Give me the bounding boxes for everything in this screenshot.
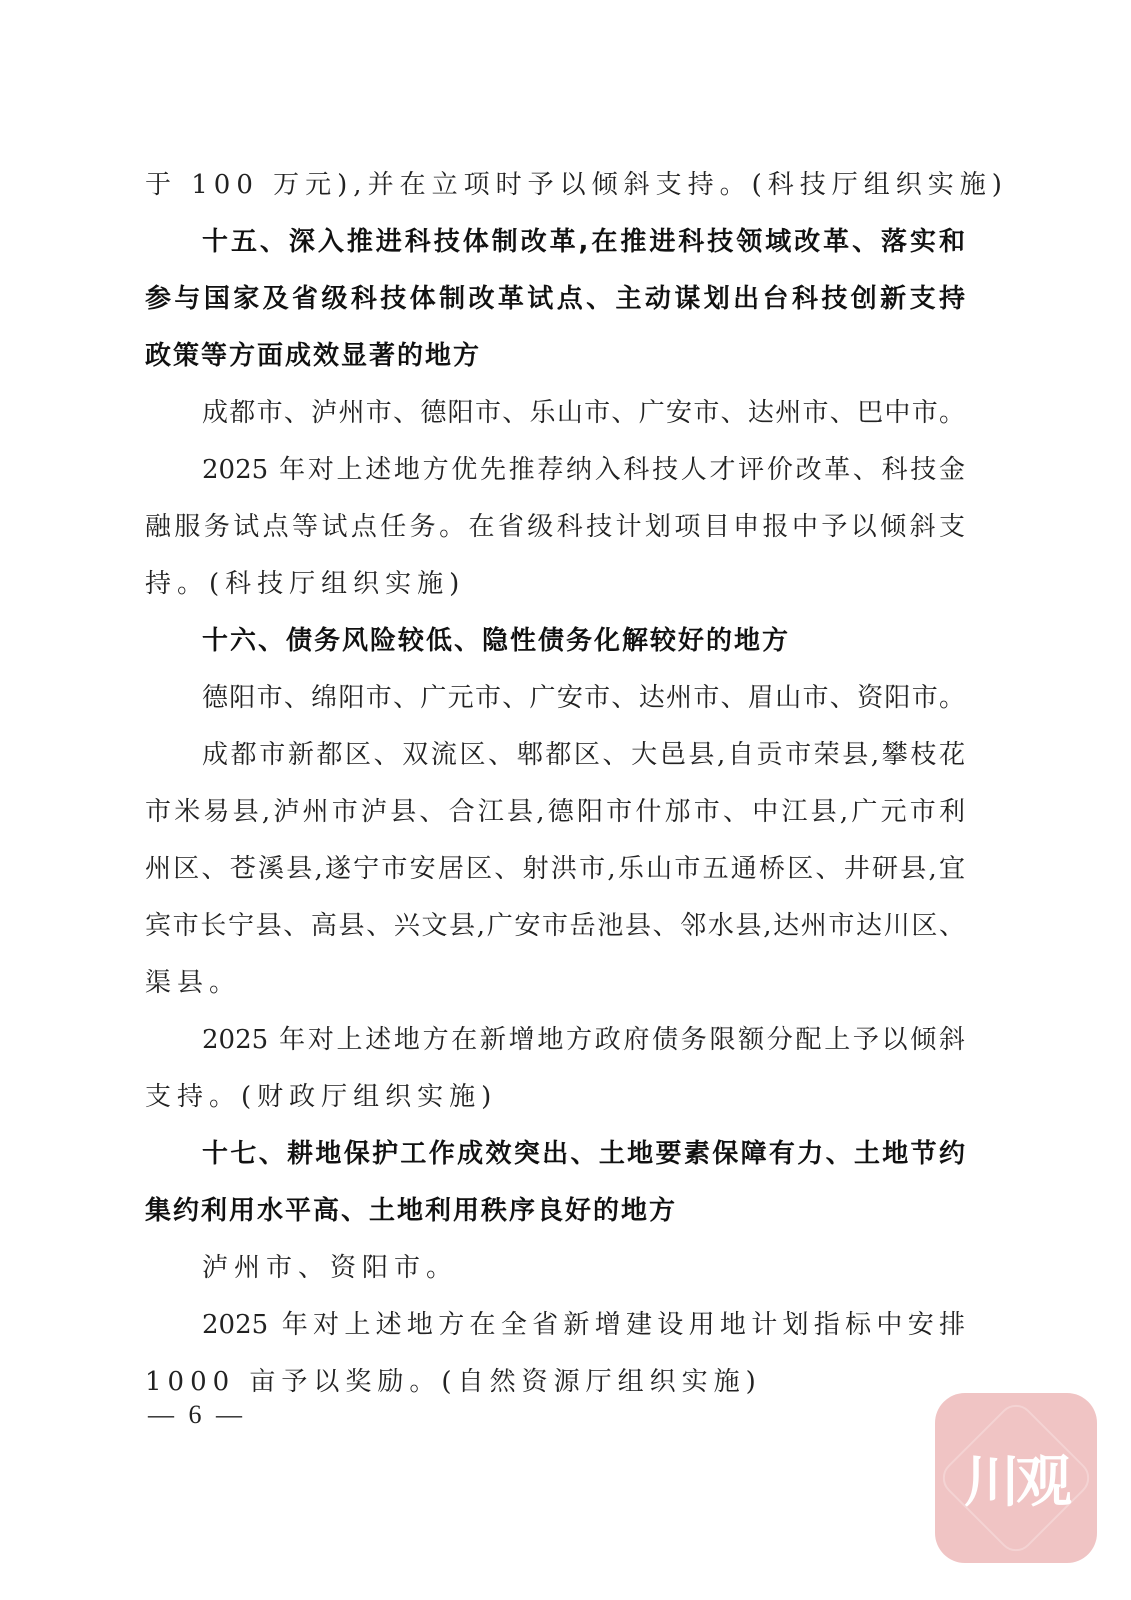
section-15-body-line-1: 2025 年对上述地方优先推荐纳入科技人才评价改革、科技金 — [202, 450, 965, 490]
section-15-cities: 成都市、泸州市、德阳市、乐山市、广安市、达州市、巴中市。 — [202, 393, 965, 433]
section-15-heading-line-2: 参与国家及省级科技体制改革试点、主动谋划出台科技创新支持 — [145, 279, 965, 319]
section-15-heading-line-1: 十五、深入推进科技体制改革,在推进科技领域改革、落实和 — [202, 222, 965, 262]
section-16-body-line-2: 支持。(财政厅组织实施) — [145, 1077, 497, 1117]
section-17-cities: 泸州市、资阳市。 — [202, 1248, 458, 1288]
section-16-heading: 十六、债务风险较低、隐性债务化解较好的地方 — [202, 621, 790, 661]
section-16-cities: 德阳市、绵阳市、广元市、广安市、达州市、眉山市、资阳市。 — [202, 678, 965, 718]
section-15-heading-line-3: 政策等方面成效显著的地方 — [145, 336, 481, 376]
section-16-counties-line-3: 州区、苍溪县,遂宁市安居区、射洪市,乐山市五通桥区、井研县,宜 — [145, 849, 965, 889]
section-16-counties-line-4: 宾市长宁县、高县、兴文县,广安市岳池县、邻水县,达州市达川区、 — [145, 906, 965, 946]
section-17-body-line-1: 2025 年对上述地方在全省新增建设用地计划指标中安排 — [202, 1305, 965, 1345]
section-17-body-line-2: 1000 亩予以奖励。(自然资源厅组织实施) — [145, 1362, 762, 1402]
section-15-body-line-3: 持。(科技厅组织实施) — [145, 564, 465, 604]
page-number: — 6 — — [148, 1400, 246, 1430]
section-17-heading-line-2: 集约利用水平高、土地利用秩序良好的地方 — [145, 1191, 677, 1231]
section-16-counties-line-1: 成都市新都区、双流区、郫都区、大邑县,自贡市荣县,攀枝花 — [202, 735, 965, 775]
section-16-counties-line-5: 渠县。 — [145, 963, 241, 1003]
chuanguan-logo-watermark: 川观 — [935, 1393, 1097, 1563]
section-16-body-line-1: 2025 年对上述地方在新增地方政府债务限额分配上予以倾斜 — [202, 1020, 965, 1060]
continuation-line: 于 100 万元),并在立项时予以倾斜支持。(科技厅组织实施) — [145, 165, 1008, 205]
section-17-heading-line-1: 十七、耕地保护工作成效突出、土地要素保障有力、土地节约 — [202, 1134, 965, 1174]
section-15-body-line-2: 融服务试点等试点任务。在省级科技计划项目申报中予以倾斜支 — [145, 507, 965, 547]
section-16-counties-line-2: 市米易县,泸州市泸县、合江县,德阳市什邡市、中江县,广元市利 — [145, 792, 965, 832]
watermark-text: 川观 — [964, 1438, 1068, 1518]
